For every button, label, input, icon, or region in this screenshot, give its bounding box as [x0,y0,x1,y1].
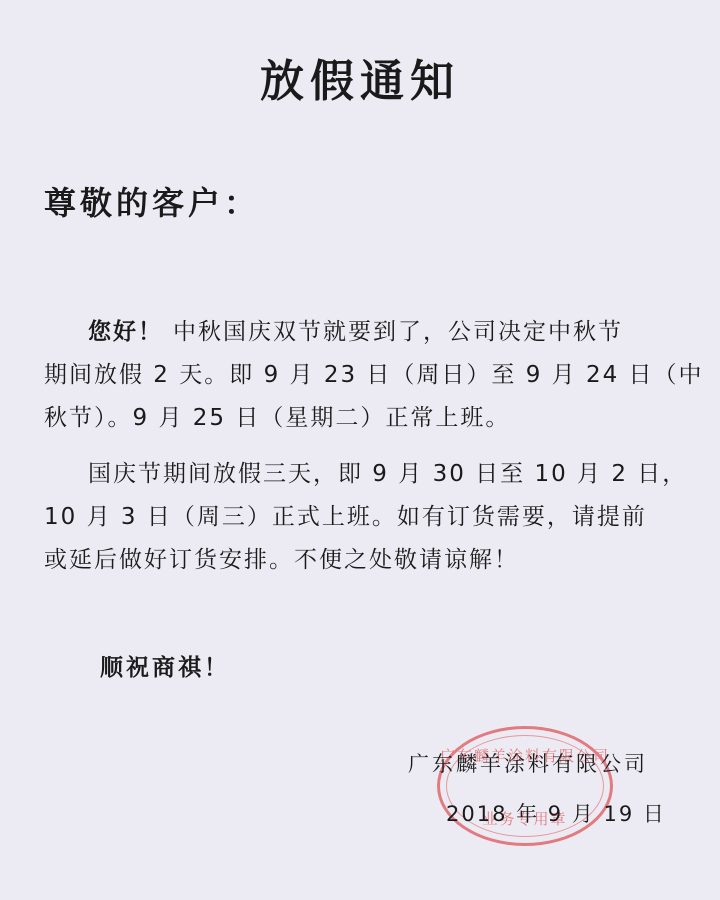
salutation: 尊敬的客户： [44,178,260,228]
paragraph-national-day: 国庆节期间放假三天，即 9 月 30 日至 10 月 2 日， 10 月 3 日… [44,453,680,582]
company-signature: 广东麟羊涂料有限公司 [408,748,648,780]
closing-greeting: 顺祝商祺！ [100,650,230,686]
signature-date: 2018 年 9 月 19 日 [446,798,666,830]
paragraph-line: 秋节）。9 月 25 日（星期二）正常上班。 [44,397,680,440]
paragraph-line: 国庆节期间放假三天，即 9 月 30 日至 10 月 2 日， [44,453,680,496]
paragraph-line: 期间放假 2 天。即 9 月 23 日（周日）至 9 月 24 日（中 [44,354,680,397]
paragraph-line: 您好！中秋国庆双节就要到了，公司决定中秋节 [44,310,680,354]
paragraph-line-text: 中秋国庆双节就要到了，公司决定中秋节 [173,319,623,345]
paragraph-line: 或延后做好订货安排。不便之处敬请谅解！ [44,539,680,582]
paragraph-mid-autumn: 您好！中秋国庆双节就要到了，公司决定中秋节 期间放假 2 天。即 9 月 23 … [44,310,680,440]
greeting: 您好！ [88,318,163,345]
paragraph-line: 10 月 3 日（周三）正式上班。如有订货需要，请提前 [44,496,680,539]
notice-title: 放假通知 [0,52,720,112]
